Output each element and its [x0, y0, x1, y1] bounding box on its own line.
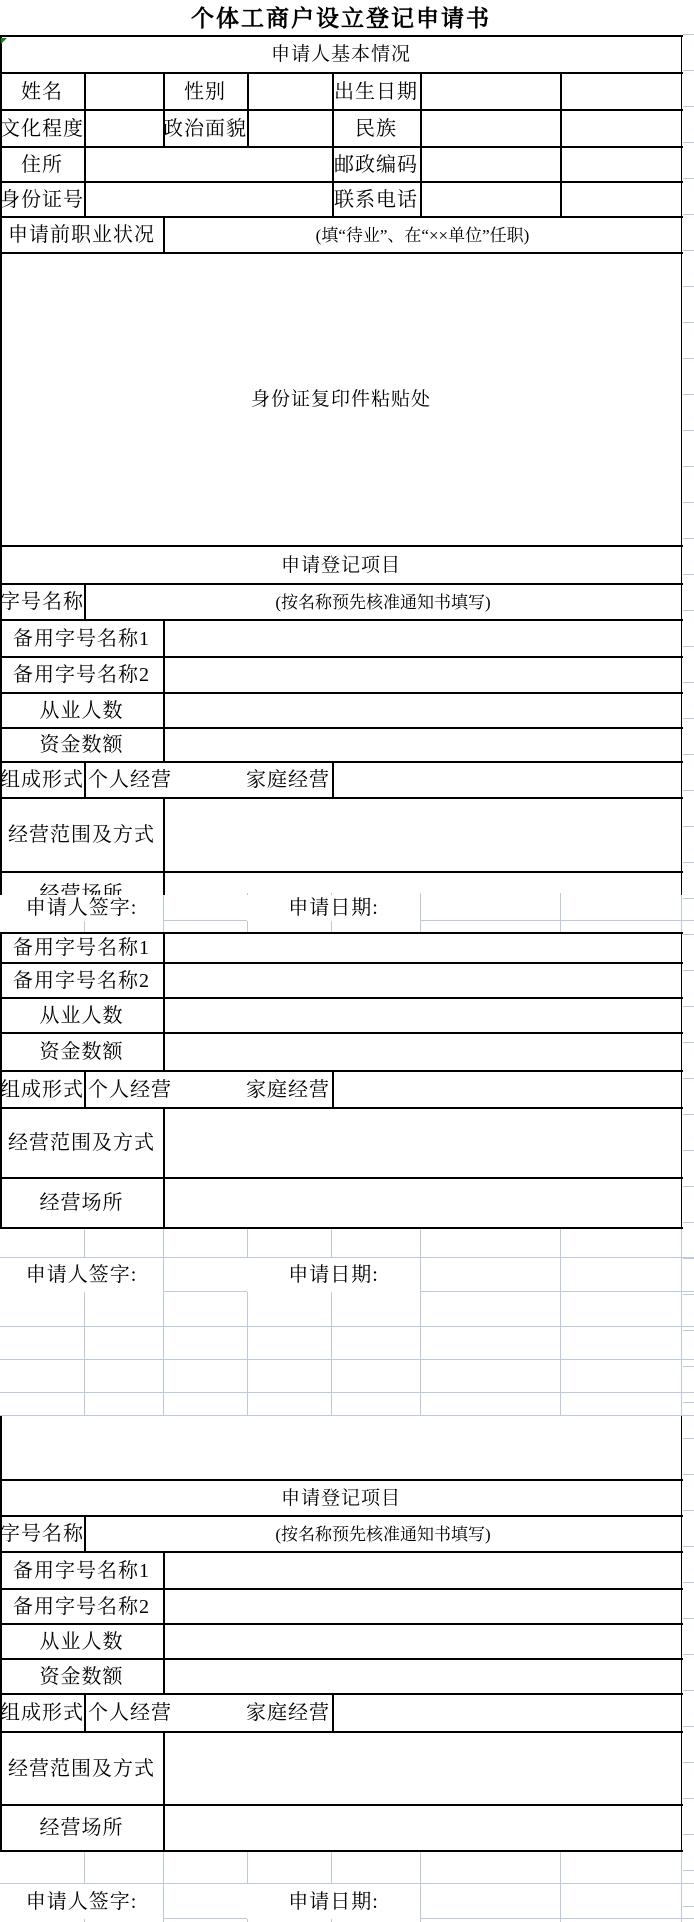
staff-input-cell-b1[interactable]	[163, 693, 682, 728]
composition-input-cell-b1[interactable]	[332, 762, 682, 798]
gridline	[331, 1228, 332, 1415]
table-line	[332, 1694, 334, 1732]
table-line	[163, 1108, 165, 1228]
individual-option-b1[interactable]: 个人经营	[88, 762, 208, 798]
staff-label-b3: 从业人数	[0, 1624, 163, 1659]
applicant-signature-label-2: 申请人签字:	[0, 1258, 163, 1292]
place-label-b2: 经营场所	[0, 1178, 163, 1228]
individual-option-b2[interactable]: 个人经营	[88, 1071, 208, 1108]
capital-input-cell-b2[interactable]	[163, 1033, 682, 1071]
applicant-signature-label-1: 申请人签字:	[0, 895, 163, 921]
scope-input-cell-b1[interactable]	[163, 798, 682, 872]
gridline	[163, 1851, 164, 1922]
shop-name-hint-b3: (按名称预先核准通知书填写)	[84, 1516, 682, 1552]
individual-option-b3[interactable]: 个人经营	[88, 1694, 208, 1732]
staff-label-b2: 从业人数	[0, 998, 163, 1033]
place-label-clipped-b1: 经营场所	[0, 872, 163, 895]
birth-date-input-cell[interactable]	[420, 73, 560, 110]
application-date-label-2: 申请日期:	[247, 1258, 420, 1292]
family-option-b1[interactable]: 家庭经营	[210, 762, 330, 798]
table-line	[560, 73, 562, 217]
sheet-gridlines-margin	[683, 0, 694, 1922]
postal-code-input-cell[interactable]	[420, 147, 560, 182]
table-line	[247, 73, 249, 147]
gridline	[163, 893, 164, 932]
gridline	[0, 1326, 694, 1327]
table-line	[84, 762, 86, 798]
gridline	[560, 893, 561, 932]
gridline	[163, 1228, 164, 1415]
place-label-b3: 经营场所	[0, 1805, 163, 1851]
registration-section-header-b1: 申请登记项目	[0, 546, 682, 584]
alt-name1-input-cell-b3[interactable]	[163, 1552, 682, 1589]
table-line	[332, 762, 334, 798]
id-number-label: 身份证号	[0, 182, 84, 217]
scope-input-cell-b3[interactable]	[163, 1732, 682, 1805]
table-line	[163, 1552, 165, 1694]
capital-label-b2: 资金数额	[0, 1033, 163, 1071]
composition-label-b1: 组成形式	[0, 762, 84, 798]
pre-occupation-hint: (填“待业”、在“××单位”任职)	[163, 217, 682, 253]
table-line	[163, 933, 165, 1071]
capital-label-b1: 资金数额	[0, 728, 163, 762]
gridline	[560, 1851, 561, 1922]
gender-input-cell[interactable]	[247, 73, 332, 110]
capital-input-cell-b3[interactable]	[163, 1659, 682, 1694]
table-line	[681, 933, 683, 1228]
basic-info-section-header: 申请人基本情况	[0, 36, 682, 73]
political-status-input-cell[interactable]	[247, 110, 332, 147]
education-input-cell[interactable]	[84, 110, 163, 147]
table-line	[163, 798, 165, 895]
alt-name2-label-b3: 备用字号名称2	[0, 1589, 163, 1624]
name-label: 姓名	[0, 73, 84, 110]
capital-label-b3: 资金数额	[0, 1659, 163, 1694]
gridline	[560, 1228, 561, 1415]
alt-name1-label-b1: 备用字号名称1	[0, 620, 163, 657]
composition-input-cell-b3[interactable]	[332, 1694, 682, 1732]
ethnicity-label: 民族	[332, 110, 420, 147]
registration-section-header-b3: 申请登记项目	[0, 1480, 682, 1516]
ethnicity-input-cell[interactable]	[420, 110, 560, 147]
scope-label-b2: 经营范围及方式	[0, 1108, 163, 1178]
gridline	[0, 1359, 694, 1360]
table-line	[84, 73, 86, 217]
pre-occupation-label: 申请前职业状况	[0, 217, 163, 253]
education-label: 文化程度	[0, 110, 84, 147]
composition-label-b2: 组成形式	[0, 1071, 84, 1108]
application-date-label-1: 申请日期:	[247, 895, 420, 921]
birth-date-label: 出生日期	[332, 73, 420, 110]
alt-name1-label-b2: 备用字号名称1	[0, 933, 163, 963]
postal-code-label: 邮政编码	[332, 147, 420, 182]
family-option-b3[interactable]: 家庭经营	[210, 1694, 330, 1732]
application-form-sheet: 申请人签字: 申请日期: 申请人签字: 申请日期: 申请人签字: 申请日期:	[0, 0, 694, 1922]
gridline	[420, 893, 421, 932]
gridline	[0, 1392, 694, 1393]
family-option-b2[interactable]: 家庭经营	[210, 1071, 330, 1108]
table-line	[420, 73, 422, 217]
place-input-cell-b3[interactable]	[163, 1805, 682, 1851]
phone-input-cell[interactable]	[420, 182, 560, 217]
political-status-label: 政治面貌	[163, 110, 247, 147]
capital-input-cell-b1[interactable]	[163, 728, 682, 762]
id-copy-paste-label: 身份证复印件粘贴处	[251, 390, 431, 409]
phone-label: 联系电话	[332, 182, 420, 217]
alt-name1-input-cell-b1[interactable]	[163, 620, 682, 657]
alt-name2-input-cell-b3[interactable]	[163, 1589, 682, 1624]
shop-name-label-b3: 字号名称	[0, 1516, 84, 1552]
id-copy-paste-area[interactable]: 身份证复印件粘贴处	[0, 253, 682, 546]
form-title: 个体工商户设立登记申请书	[0, 0, 682, 36]
application-date-label-3: 申请日期:	[247, 1884, 420, 1919]
photo-cell[interactable]	[560, 73, 682, 217]
gridline	[681, 1228, 682, 1415]
gridline	[420, 1851, 421, 1922]
shop-name-hint-b1: (按名称预先核准通知书填写)	[84, 584, 682, 620]
name-input-cell[interactable]	[84, 73, 163, 110]
alt-name2-input-cell-b1[interactable]	[163, 657, 682, 693]
composition-label-b3: 组成形式	[0, 1694, 84, 1732]
address-label: 住所	[0, 147, 84, 182]
staff-input-cell-b3[interactable]	[163, 1624, 682, 1659]
id-number-input-cell[interactable]	[84, 182, 332, 217]
table-line	[163, 1732, 165, 1851]
address-input-cell[interactable]	[84, 147, 332, 182]
table-line	[84, 1694, 86, 1732]
alt-name2-label-b2: 备用字号名称2	[0, 963, 163, 998]
scope-label-b3: 经营范围及方式	[0, 1732, 163, 1805]
alt-name2-label-b1: 备用字号名称2	[0, 657, 163, 693]
gridline	[247, 1228, 248, 1415]
scope-label-b1: 经营范围及方式	[0, 798, 163, 872]
table-line	[84, 1071, 86, 1108]
place-input-cell-b2[interactable]	[163, 1178, 682, 1228]
table-line	[163, 620, 165, 762]
gridline	[420, 1228, 421, 1415]
gender-label: 性别	[163, 73, 247, 110]
pre-header-area-b3[interactable]	[0, 1416, 682, 1480]
scope-input-cell-b2[interactable]	[163, 1108, 682, 1178]
alt-name1-input-cell-b2[interactable]	[163, 933, 682, 963]
staff-label-b1: 从业人数	[0, 693, 163, 728]
gridline	[681, 893, 682, 932]
table-line	[332, 1071, 334, 1108]
alt-name1-label-b3: 备用字号名称1	[0, 1552, 163, 1589]
gridline	[681, 1851, 682, 1922]
green-corner-marker	[1, 38, 7, 44]
applicant-signature-label-3: 申请人签字:	[0, 1884, 163, 1919]
shop-name-label-b1: 字号名称	[0, 584, 84, 620]
staff-input-cell-b2[interactable]	[163, 998, 682, 1033]
composition-input-cell-b2[interactable]	[332, 1071, 682, 1108]
gridline	[84, 1228, 85, 1415]
alt-name2-input-cell-b2[interactable]	[163, 963, 682, 998]
